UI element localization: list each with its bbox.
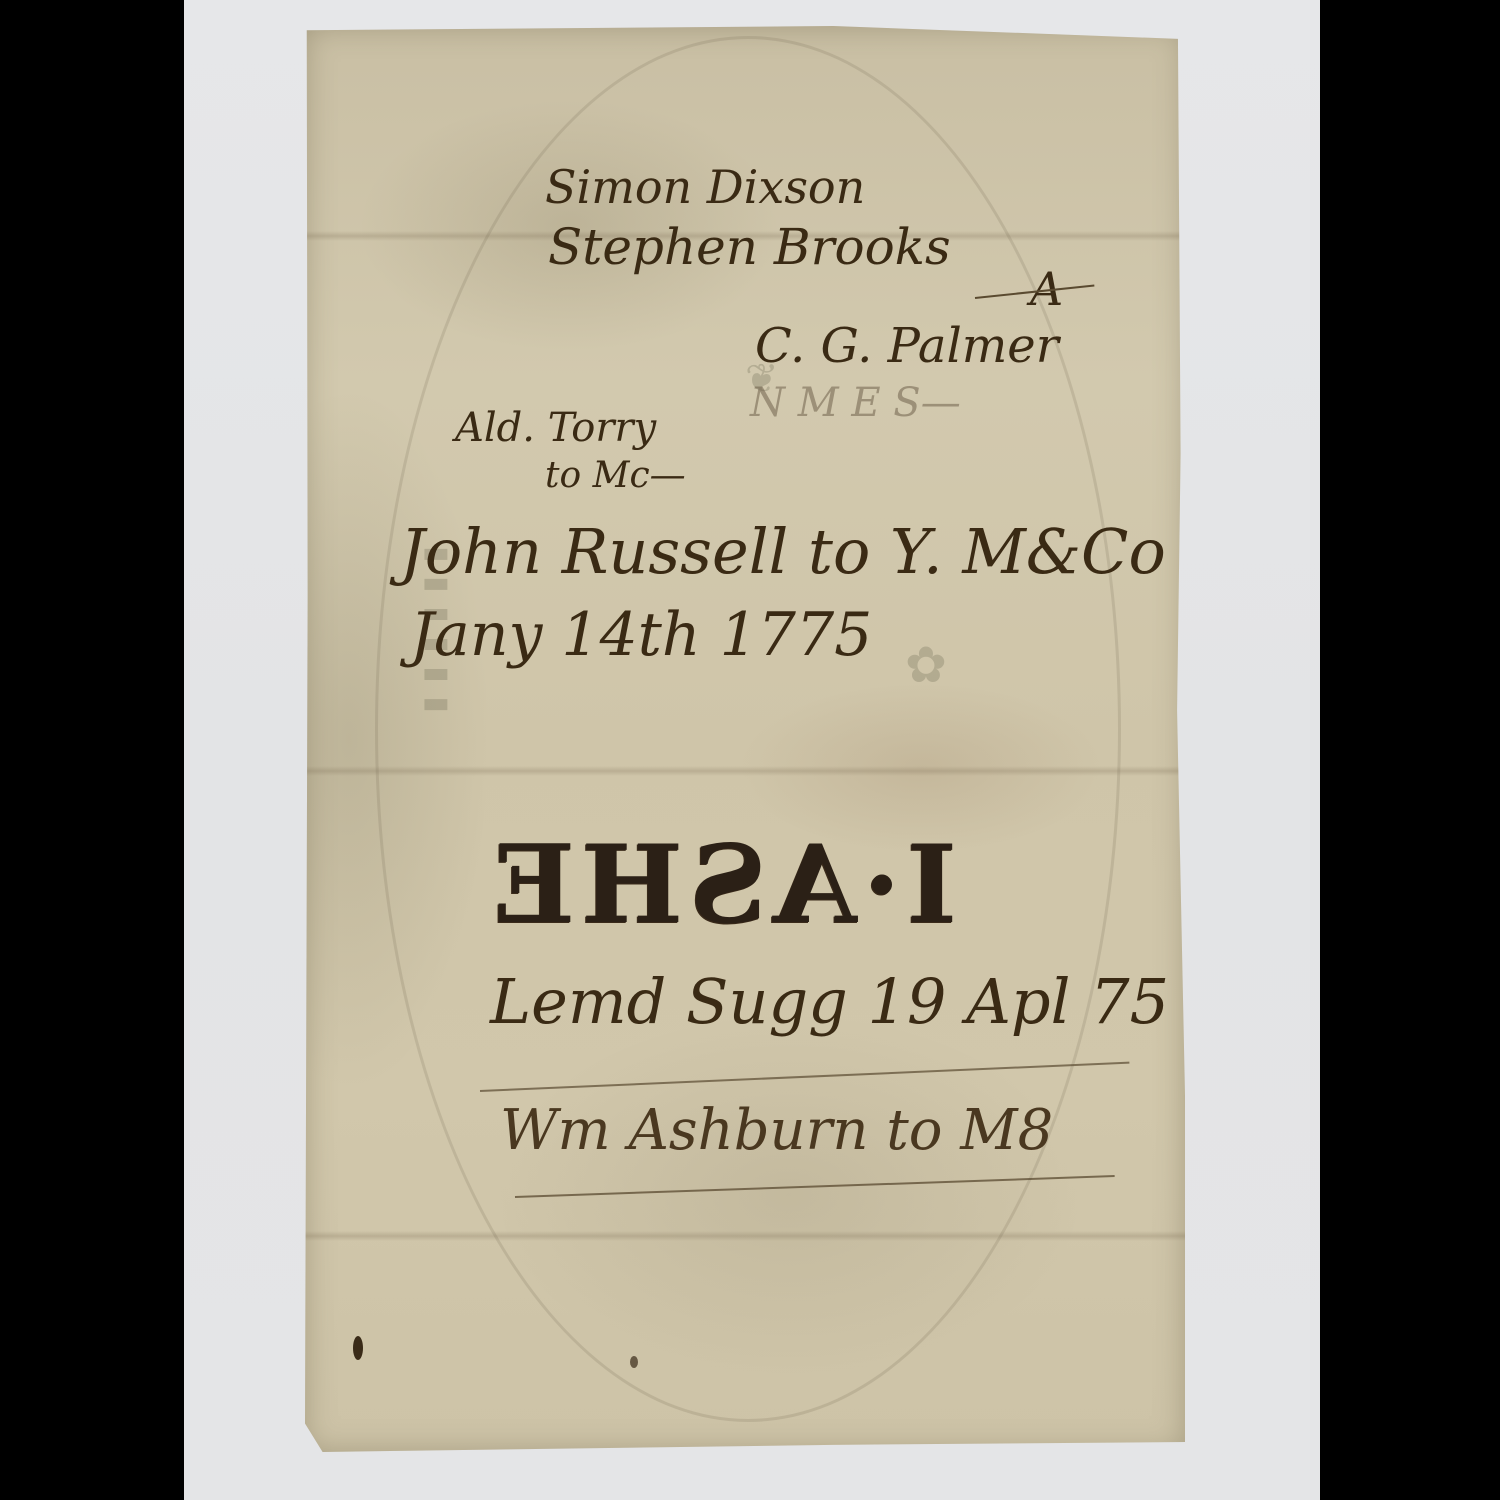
- endorsement-stephen-brooks: Stephen Brooks: [548, 218, 951, 276]
- ink-blot: [630, 1356, 638, 1368]
- endorsement-ald-torry: Ald. Torry: [455, 405, 656, 451]
- endorsement-simon-dixson: Simon Dixson: [545, 160, 865, 214]
- ink-blot: [353, 1336, 363, 1360]
- endorsement-john-russell: John Russell to Y. M&Co: [400, 515, 1166, 588]
- endorsement-cg-palmer: C. G. Palmer: [755, 318, 1059, 374]
- show-through-print: ✿: [905, 636, 949, 694]
- endorsement-wm-ashburn: Wm Ashburn to M8: [500, 1098, 1053, 1163]
- endorsement-faint-signature: N M E S—: [750, 380, 961, 426]
- endorsement-to-mc: to Mc—: [545, 455, 686, 496]
- endorsement-date-1775: Jany 14th 1775: [410, 600, 872, 670]
- stamp-i-ashe-mirrored: I·ASHE: [487, 822, 957, 948]
- endorsement-lemd-sugg: Lemd Sugg 19 Apl 75: [490, 965, 1169, 1038]
